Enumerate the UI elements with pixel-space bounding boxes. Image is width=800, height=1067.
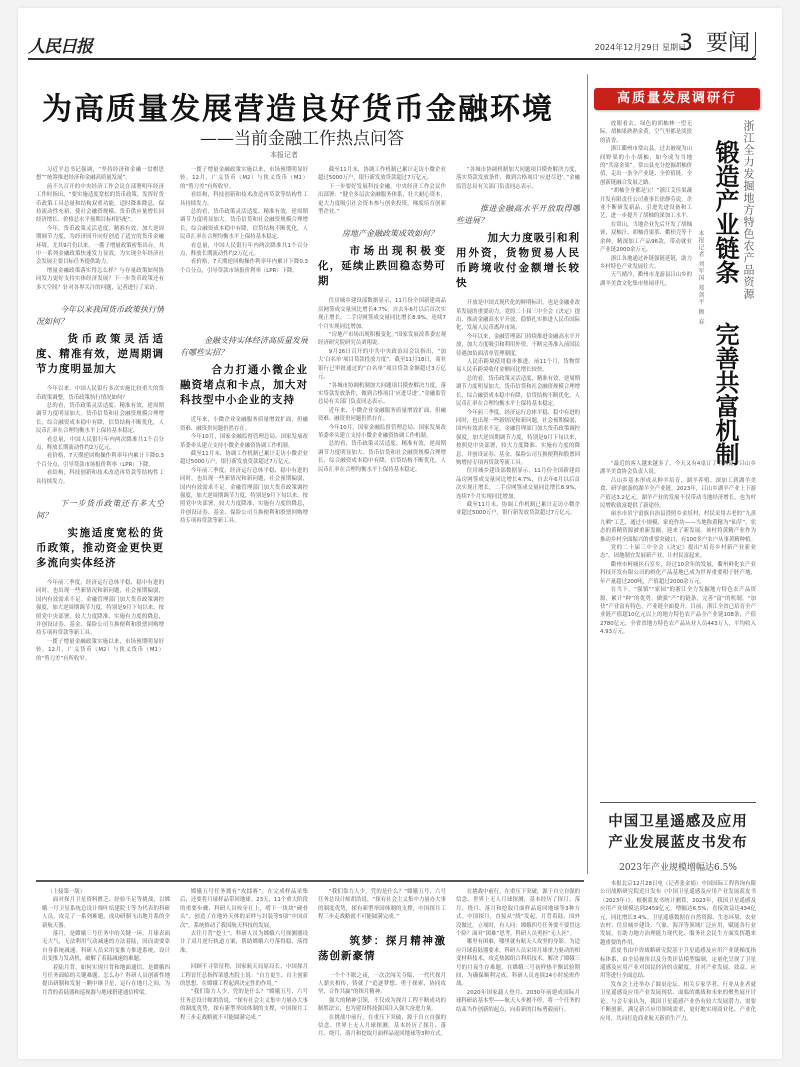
body-paragraph: 今年10月，国家金融监督管理总局、国家发展改革委牵头建立支持小微企业融资协调工作… (318, 424, 446, 441)
section-question: 今年以来我国货币政策执行情况如何？ (36, 304, 164, 328)
section-heading: 合力打通小微企业融资堵点和卡点，加大对科技型中小企业的支持 (180, 363, 308, 408)
body-paragraph: “我们靠力人少，凭的是什么？”嫦娥五号、六号任务总设计师胡浩说，“探有社会主义集… (180, 988, 308, 1022)
brief-headline-line-2: 产业发展蓝皮书发布 (600, 833, 756, 854)
body-paragraph: 总的看，货币政策灵活适度、精准有效，逆周期调节力度明显加大。货币信贷和社会融资规… (36, 402, 164, 436)
continuation-column-2: 嫦娥五号任务拥有“攻擂赛”。在完成样品采集后，还要将月球样品带回地球。23天，1… (180, 888, 308, 1038)
body-paragraph: 总的看，货币政策灵活适度、精准有效，逆周期调节力度明显加大。货币信贷和社会融资规… (318, 440, 446, 474)
brief-headline-line-1: 中国卫星遥感及应用 (600, 812, 756, 833)
body-paragraph: 看价格，7天期逆回购操作利率年内累计下降0.3个百分点，引导贷款市场报价利率（L… (36, 452, 164, 469)
section-question: 推进金融高水平开放取得哪些进展？ (456, 203, 580, 227)
intro-paragraph: 习近平总书记强调，“坚持经济和金融一盘棋思想”“统筹推进经济和金融高质量发展”。 (36, 166, 164, 183)
body-paragraph: 近年来，小微企业金融服务质量增效扩面，但融资难、融资贵问题仍然存在。 (318, 407, 446, 424)
body-paragraph: 放眼看去，绿色的胡柚林一望无际，胡柚果熟熟金黄，空气里都是淡淡的清香。 (600, 120, 692, 145)
section-name: 要闻 (706, 31, 750, 56)
body-paragraph: 截至11月末，协调工作机制已累计走访小微企业超过5000万户，银行新发放贷款超过… (180, 450, 308, 467)
section-question: 下一步货币政策还有多大空间？ (36, 498, 164, 522)
lead-column-3: 截至11月末，协调工作机制已累计走访小微企业超过5000万户，银行新发放贷款超过… (318, 166, 446, 871)
lead-byline: 本报记者 (270, 150, 298, 160)
body-paragraph: 住房城乡建设部数据显示，11月份全国新建商品房网签成交量同比增长4.7%，自去年… (456, 467, 580, 501)
body-paragraph: 看总量，中国人民银行年内两次降准共1个百分点，释放长期流动性约2万亿元。 (180, 242, 308, 259)
sidebar-byline: 本报记者 刘军国 郑剑平 顾 春 (696, 230, 705, 326)
body-paragraph: “最近的客人越来越多了，今天又有4桌订了羊肉宴。”吕山乡湖羊美食协会负责人说。 (600, 460, 756, 477)
body-paragraph: 总的看，货币政策灵活适度、精准有效，逆周期调节力度明显加大。货币信贷和社会融资规… (180, 208, 308, 242)
jump-note: （上接第一版） (42, 888, 170, 896)
body-paragraph: 截至11月末，协调工作机制已累计走访小微企业超过5000万户，银行新发放贷款超过… (318, 166, 446, 183)
body-paragraph: 落月，是嫦娥三号任务中的关键一环。月球表面无大气，无法利用气动减速的方法着陆，因… (42, 930, 170, 964)
continuation-column-3: “我们靠力人少，凭的是什么？”嫦娥五号、六号任务总设计师胡浩说，“探有社会主义集… (318, 888, 446, 1038)
lead-headline: 为高质量发展营造良好货币金融环境 (28, 84, 568, 128)
body-paragraph: 下一步要好发展科技金融。中央经济工作会议作出部署：“健全多层次金融服务体系，壮大… (318, 183, 446, 217)
body-paragraph: “房地产市场出现积极变化。”国家发展改革委宏观经济研究院研究员刘翔说。 (318, 331, 446, 348)
body-paragraph: “胡柚全身都是宝！”浙江艾佳果蔬开发有限责任公司董事长徐静芬说。企业不断研发新品… (600, 187, 692, 221)
lead-subheadline: ——当前金融工作热点问答 (200, 124, 520, 149)
sidebar-column-narrow: 放眼看去，绿色的胡柚林一望无际，胡柚果熟熟金黄，空气里都是淡淡的清香。 浙江衢州… (600, 120, 692, 410)
body-paragraph: 在常山，当地企业先后开发了胡柚膏、双柚汁、胡柚青果茶、衢枳壳等千余种，精深加工产… (600, 221, 692, 255)
body-paragraph: 在挑战中前行，在重压下突破，源于自立自强的信念。世界上无人月球探测，基本经历了探… (456, 888, 580, 938)
body-paragraph: 丽水市景宁畲族自治县澄照乡金坵村，村民采用古老的“九蒸九晒”工艺，通过小规模、家… (600, 510, 756, 544)
sidebar-divider (587, 74, 588, 874)
issue-date: 2024年12月29日 星期日 (595, 42, 686, 53)
body-paragraph: 一揽子增量金融政策实施以来，市场预期明显好转。12月，广义货币（M2）与狭义货币… (36, 638, 164, 663)
body-paragraph: 人民币跨境使用稳步推进。前11个月，货物贸易人民币跨境收付金额同比增长较快。 (456, 358, 580, 375)
body-paragraph: 去往月背“挖土”，科研人员为嫦娥六号探测器设计了双月逆行轨道方案，帮助嫦娥六号落… (180, 930, 308, 955)
brief-subheadline: 2023年产业规模增幅达6.5% (600, 860, 756, 873)
body-paragraph: 截至11月末，协调工作机制已累计走访小微企业超过5000万户，银行新发放贷款超过… (456, 501, 580, 518)
section-heading: 货币政策灵活适度、精准有效，逆周期调节力度明显加大 (36, 332, 164, 377)
series-banner: 高质量发展调研行 (594, 88, 760, 110)
subsection-heading: 筑梦：探月精神激荡创新豪情 (318, 934, 446, 964)
body-paragraph: 看总量，中国人民银行年内两次降准共1个百分点，释放长期流动性约2万亿元。 (36, 436, 164, 453)
brief-headline: 中国卫星遥感及应用 产业发展蓝皮书发布 (600, 812, 756, 854)
sidebar-title-line-2: 完善共富机制 (712, 322, 738, 466)
page-label: 3 要闻 (679, 26, 750, 57)
section-question: 房地产金融政策成效如何？ (318, 228, 446, 240)
bottom-section-divider (36, 880, 584, 882)
body-paragraph: 9月26日召开的中共中央政治局会议指出，“加大‘白名单’项目贷款投放力度”。截至… (318, 348, 446, 382)
body-paragraph: 开放是中国式现代化的鲜明标识，也是金融业改革发展的重要动力。党的二十届三中全会《… (456, 299, 580, 333)
body-paragraph: 今年以来，中国人民银行多次实施比较重大的货币政策调整，货币政策执行情况如何？ (36, 385, 164, 402)
body-paragraph: 浙江衢州市常山县，过去被视为山间野果的小小胡柚，如今成为当地的“共富金果”。常山… (600, 145, 692, 187)
body-paragraph: 看结构，科技创新和技术改造再贷款等结构性工具持续发力。 (180, 191, 308, 208)
body-paragraph: 看价格，7天期逆回购操作利率年内累计下降0.3个百分点，引导贷款市场报价利率（L… (180, 258, 308, 275)
body-paragraph: 今年前三季度，经济运行总体平稳、稳中有进的同时，也出现一些新情况和新问题，社会预… (180, 467, 308, 526)
body-paragraph: “各城市协调机制加大问题项目摸查解决力度，落实贷款发放条件，做到合格项目‘应进尽… (318, 382, 446, 407)
body-paragraph: 总的看，货币政策灵活适度、精准有效，逆周期调节力度明显加大。货币信贷和社会融资规… (456, 375, 580, 409)
newspaper-logo: 人民日报 (28, 32, 92, 57)
body-paragraph: 看结构，科技创新和技术改造再贷款等结构性工具持续发力。 (36, 469, 164, 486)
section-heading: 加大力度吸引和利用外资，货物贸易人民币跨境收付金额增长较快 (456, 231, 580, 291)
section-question: 金融支持实体经济高质量发展有哪些实招？ (180, 335, 308, 359)
masthead: 人民日报 2024年12月29日 星期日 3 要闻 (28, 28, 756, 60)
sidebar-title-line-1: 锻造产业链条 (712, 140, 738, 284)
body-paragraph: 衢州市柯城区石室乡，经过10余年的发展，衢州鲜化农产业科技开发有限公司的鲜化产品… (600, 561, 756, 586)
sidebar-column-wide: “最近的客人越来越多了，今天又有4桌订了羊肉宴。”吕山乡湖羊美食协会负责人说。 … (600, 460, 756, 796)
body-paragraph: 今年10月，国家金融监督管理总局、国家发展改革委牵头建立支持小微企业融资协调工作… (180, 433, 308, 450)
continuation-column-1: （上接第一版） 面对探月卫星资料匮乏、经验不足等挑战，以嫦娥一号卫星系统总设计师… (42, 888, 170, 1038)
section-heading: 市场出现积极变化，延续止跌回稳态势可期 (318, 244, 446, 289)
body-paragraph: 住房城乡建设部数据显示，11月份全国新建商品房网签成交量同比增长4.7%，自去年… (318, 297, 446, 331)
body-paragraph: 本报北京12月28日电（记者张金娟）中国国际工程咨询有限公司战略研究院近日发布《… (600, 880, 756, 947)
lead-column-1: 习近平总书记强调，“坚持经济和金融一盘棋思想”“统筹推进经济和金融高质量发展”。… (36, 166, 164, 871)
body-paragraph: 面对探月卫星资料匮乏、经验不足等挑战，以嫦娥一号卫星系统总设计师叶培建院士等为代… (42, 896, 170, 930)
continuation-column-4: 在挑战中前行，在重压下突破，源于自立自强的信念。世界上无人月球探测，基本经历了探… (456, 888, 580, 1038)
intro-paragraph: 前不久召开的中央经济工作会议在部署明年经济工作时指出，“要实施适度宽松的货币政策… (36, 183, 164, 225)
body-paragraph: 一个个不眠之夜，一次次闯关夺隘，一代代探月人薪火相传，铸就了“追逐梦想、勇于探索… (318, 972, 446, 997)
brief-body: 本报北京12月28日电（记者张金娟）中国国际工程咨询有限公司战略研究院近日发布《… (600, 880, 756, 1040)
body-paragraph: 哪里有困难，哪里就有航天人攻坚的身影。为适应月球着陆器要求，科研人员采用月球重力… (456, 938, 580, 988)
page-number: 3 (679, 31, 693, 56)
body-paragraph: 着陆月背，如何实现月背和地面通信，是嫦娥四号任务面临的关键难题。怎么办？科研人员… (42, 964, 170, 998)
masthead-bracket (752, 32, 756, 58)
body-paragraph: 在当下，“强镇”“家园”的浙江全力发掘地方特色农产品资源，累计“种”的优势，做强… (600, 586, 756, 636)
body-paragraph: 一揽子增量金融政策实施以来，市场预期明显好转。12月，广义货币（M2）与狭义货币… (180, 166, 308, 191)
body-paragraph: 嫦娥五号任务拥有“攻擂赛”。在完成样品采集后，还要将月球样品带回地球。23天，1… (180, 888, 308, 930)
intro-paragraph: 今年，货币政策灵活适度、精准有效，加大逆周期调节力度，为经济回升向好创造了适宜的… (36, 225, 164, 267)
body-paragraph: 吕山乡基本形成从种羊培育、湖羊养殖、深加工到湖羊美食、研学旅游的湖羊全产业链。2… (600, 477, 756, 511)
body-paragraph: 强大的精神引领，不仅成为探月工程不断成功的制胜法宝，也为建设科技强国注入强大奋进… (318, 997, 446, 1014)
body-paragraph: 近年来，小微企业金融服务质量增效扩面，但融资难、融资贵问题仍然存在。 (180, 416, 308, 433)
brief-divider (600, 802, 756, 803)
sidebar-subtitle: 浙江全力发掘地方特色农产品资源 (740, 120, 756, 300)
intro-paragraph: 增量金融政策落实得怎么样？与存量政策如何协同发力更好支持实体经济发展？下一步货币… (36, 267, 164, 292)
lead-column-4: “各城市协调机制加大问题项目摸查解决力度，落实贷款发放条件，做到合格项目‘应进尽… (456, 166, 580, 871)
body-paragraph: 回顾不寻常征程，国家航天局原局长、中国探月工程首任总指挥栾恩杰院士说：“自力更生… (180, 963, 308, 988)
body-paragraph: 今年前三季度，经济运行总体平稳、稳中有进的同时，也出现一些新情况和新问题，社会预… (36, 579, 164, 638)
body-paragraph: 党的二十届三中全会《决定》提出“培育乡村新产业新业态”。因地制宜发展新产业，让村… (600, 544, 756, 561)
body-paragraph: “我们靠力人少，凭的是什么？”嫦娥五号、六号任务总设计师胡浩说，“探有社会主义集… (318, 888, 446, 922)
body-paragraph: 发布会上还举办了圆桌论坛。相关专家学者、行业从业者就卫星遥感及应用产业发展现状、… (600, 981, 756, 1023)
body-paragraph: 蓝皮书由中咨战略研究院基于卫星遥感及应用产业链梯度指标体系，由全局视角以及分类评… (600, 947, 756, 981)
lead-column-2: 一揽子增量金融政策实施以来，市场预期明显好转。12月，广义货币（M2）与狭义货币… (180, 166, 308, 871)
body-paragraph: 2020年国家载人登月、2030年前建成国际月球科研站基本型——航天人步履不停，… (456, 989, 580, 1014)
body-paragraph: 今年前三季度，经济运行总体平稳、稳中有进的同时，也出现一些新情况和新问题，社会预… (456, 409, 580, 468)
body-paragraph: 浙江各地通过补链强链延链，助力乡村特色产业发展壮大。 (600, 255, 692, 272)
body-paragraph: 今年以来，金融管理部门持续推进金融高水平开放，加大力度吸引和利用外资，不断完善准… (456, 333, 580, 358)
body-paragraph: “各城市协调机制加大问题项目摸查解决力度，落实贷款发放条件，做到合格项目‘应进尽… (456, 166, 580, 191)
section-heading: 实施适度宽松的货币政策，推动资金更快更多流向实体经济 (36, 526, 164, 571)
body-paragraph: 天气晴冷，衢州市龙游县吕山乡的湖羊美食文化集市热闹非凡。 (600, 271, 692, 288)
body-paragraph: 在挑战中前行，在重压下突破，源于自立自强的信念。世界上无人月球探测，基本经历了探… (318, 1014, 446, 1038)
